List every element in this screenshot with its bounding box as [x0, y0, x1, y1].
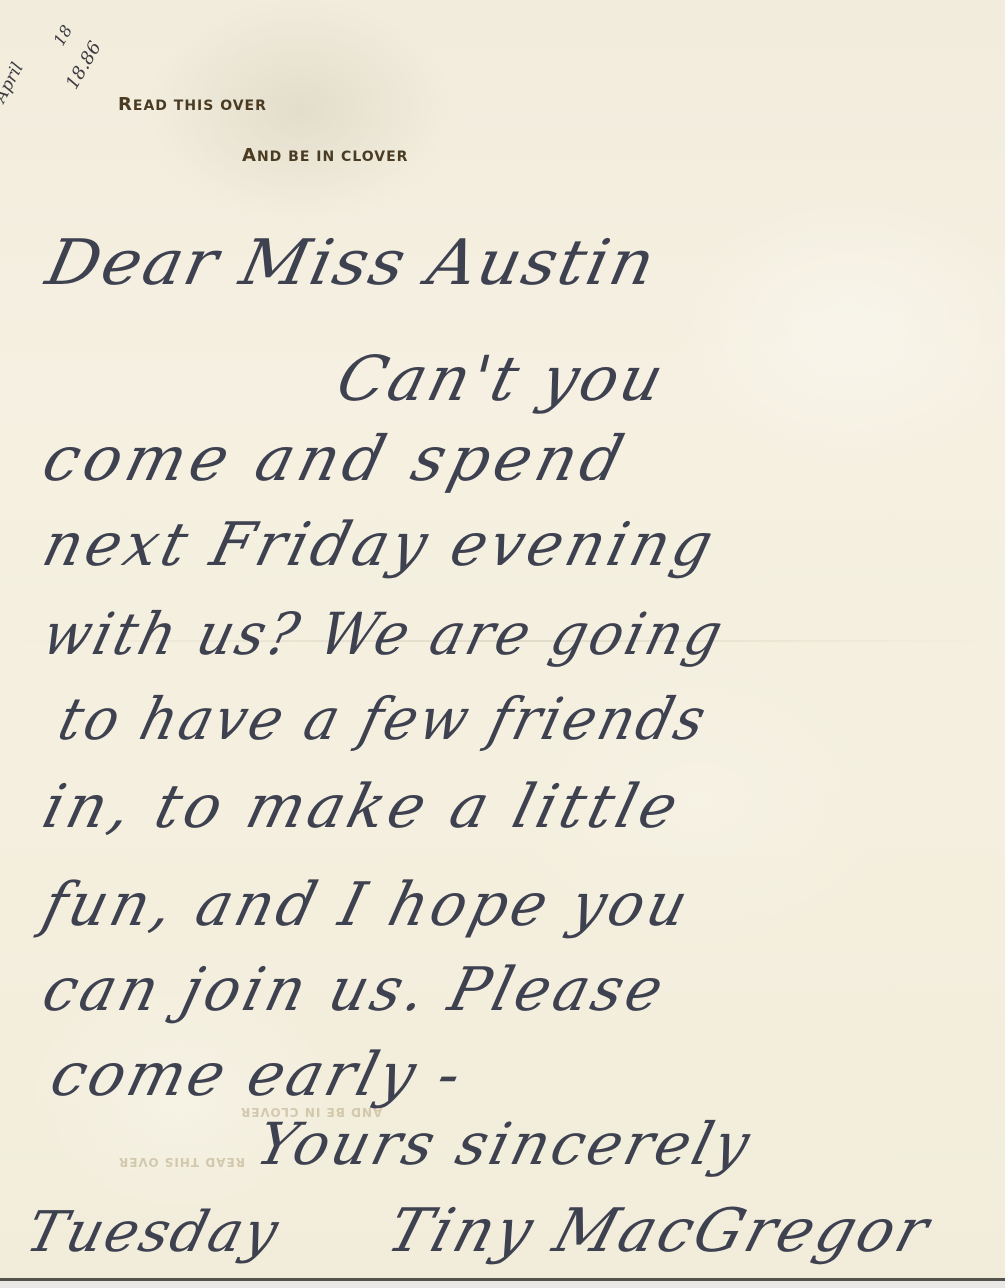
show-through-letterhead-2: READ THIS OVER — [118, 1155, 245, 1169]
signature: Tiny MacGregor — [380, 1196, 939, 1266]
body-line-7: fun, and I hope you — [36, 870, 698, 940]
body-line-8: can join us. Please — [36, 955, 674, 1025]
letterhead-line-1-rest: EAD THIS OVER — [133, 98, 267, 114]
letter-paper: April 18 18.86 READ THIS OVER AND BE IN … — [0, 0, 1005, 1280]
letterhead-line-1: READ THIS OVER — [118, 94, 267, 115]
scan-background — [0, 1281, 1005, 1288]
letterhead-line-2-rest: ND BE IN CLOVER — [257, 149, 409, 165]
letterhead-line-2-cap: A — [242, 145, 257, 166]
body-line-6: in, to make a little — [36, 772, 688, 842]
salutation: Dear Miss Austin — [40, 226, 663, 299]
closing: Yours sincerely — [250, 1110, 759, 1178]
letterhead-line-2: AND BE IN CLOVER — [242, 145, 408, 166]
body-line-2: come and spend — [36, 422, 636, 495]
weekday: Tuesday — [20, 1200, 286, 1265]
body-line-5: to have a few friends — [52, 685, 715, 753]
letterhead-line-1-cap: R — [118, 94, 133, 115]
body-line-3: next Friday evening — [36, 510, 723, 580]
margin-date-month: April — [0, 59, 28, 106]
body-line-4: with us? We are going — [36, 600, 732, 668]
body-line-1: Can't you — [330, 342, 673, 415]
body-line-9: come early - — [44, 1040, 471, 1110]
margin-date-year: 18.86 — [62, 38, 106, 93]
margin-date-day: 18 — [50, 22, 77, 49]
